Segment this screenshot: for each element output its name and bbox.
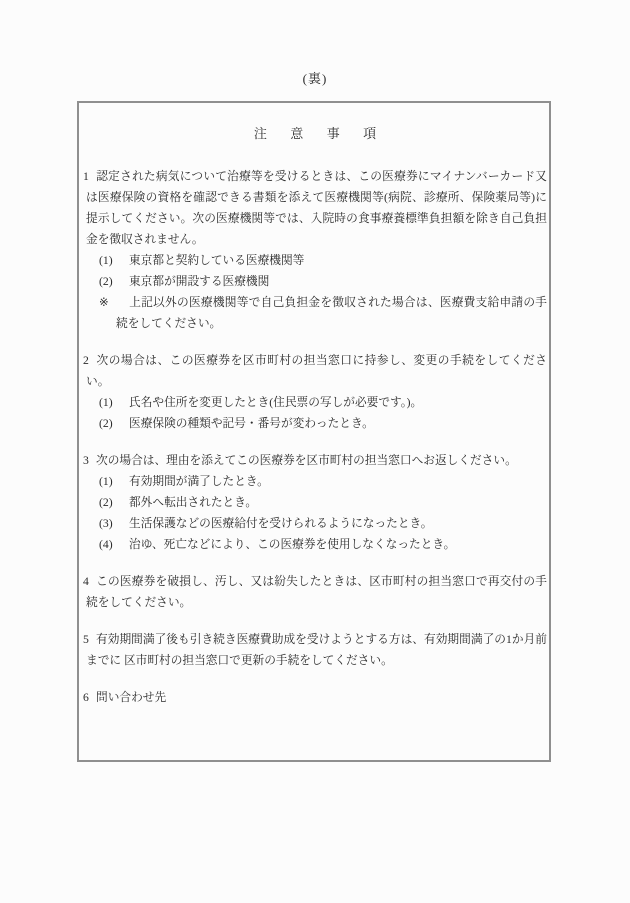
section-2: 2次の場合は、この医療券を区市町村の担当窓口に持参し、変更の手続をしてください。… xyxy=(83,350,547,434)
notice-box: 注意事項 1認定された病気について治療等を受けるときは、この医療券にマイナンバー… xyxy=(77,101,551,762)
section-5-text: 有効期間満了後も引き続き医療費助成を受けようとする方は、有効期間満了の1か月前ま… xyxy=(86,633,547,667)
section-5-paragraph: 5有効期間満了後も引き続き医療費助成を受けようとする方は、有効期間満了の1か月前… xyxy=(83,629,547,671)
section-3-subitem-2-marker: (2) xyxy=(99,492,129,513)
section-1-subitem-2-marker: (2) xyxy=(99,271,129,292)
section-1-note: ※上記以外の医療機関等で自己負担金を徴収された場合は、医療費支給申請の手続をして… xyxy=(83,292,547,334)
section-3: 3次の場合は、理由を添えてこの医療券を区市町村の担当窓口へお返しください。 (1… xyxy=(83,450,547,555)
section-2-number: 2 xyxy=(83,350,96,371)
page-side-label: (裏) xyxy=(0,70,630,88)
section-6-paragraph: 6問い合わせ先 xyxy=(83,687,547,708)
section-2-subitem-1-text: 氏名や住所を変更したとき(住民票の写しが必要です。)。 xyxy=(129,396,422,409)
section-1-subitem-2-text: 東京都が開設する医療機関 xyxy=(129,275,269,288)
section-3-paragraph: 3次の場合は、理由を添えてこの医療券を区市町村の担当窓口へお返しください。 xyxy=(83,450,547,471)
section-3-text: 次の場合は、理由を添えてこの医療券を区市町村の担当窓口へお返しください。 xyxy=(96,454,517,467)
section-4-text: この医療券を破損し、汚し、又は紛失したときは、区市町村の担当窓口で再交付の手続を… xyxy=(86,575,547,609)
section-2-subitem-1-marker: (1) xyxy=(99,392,129,413)
section-3-subitem-3-text: 生活保護などの医療給付を受けられるようになったとき。 xyxy=(129,517,432,530)
section-3-subitem-1-text: 有効期間が満了したとき。 xyxy=(129,475,269,488)
section-3-subitem-3: (3)生活保護などの医療給付を受けられるようになったとき。 xyxy=(83,513,547,534)
section-3-subitem-4-marker: (4) xyxy=(99,534,129,555)
section-1-subitem-1-marker: (1) xyxy=(99,250,129,271)
section-1-subitem-1-text: 東京都と契約している医療機関等 xyxy=(129,254,304,267)
section-3-subitem-2: (2)都外へ転出されたとき。 xyxy=(83,492,547,513)
section-1-subitem-1: (1)東京都と契約している医療機関等 xyxy=(83,250,547,271)
section-2-paragraph: 2次の場合は、この医療券を区市町村の担当窓口に持参し、変更の手続をしてください。 xyxy=(83,350,547,392)
section-2-subitem-2-marker: (2) xyxy=(99,413,129,434)
section-6-number: 6 xyxy=(83,687,96,708)
section-1-text: 認定された病気について治療等を受けるときは、この医療券にマイナンバーカード又は医… xyxy=(86,170,547,246)
section-2-text: 次の場合は、この医療券を区市町村の担当窓口に持参し、変更の手続をしてください。 xyxy=(86,354,547,388)
section-3-subitem-4: (4)治ゆ、死亡などにより、この医療券を使用しなくなったとき。 xyxy=(83,534,547,555)
section-4: 4この医療券を破損し、汚し、又は紛失したときは、区市町村の担当窓口で再交付の手続… xyxy=(83,571,547,613)
section-1-paragraph: 1認定された病気について治療等を受けるときは、この医療券にマイナンバーカード又は… xyxy=(83,166,547,250)
section-2-subitem-2: (2)医療保険の種類や記号・番号が変わったとき。 xyxy=(83,413,547,434)
document-page: (裏) 注意事項 1認定された病気について治療等を受けるときは、この医療券にマイ… xyxy=(0,0,630,903)
section-6-text: 問い合わせ先 xyxy=(96,691,166,704)
section-3-subitem-3-marker: (3) xyxy=(99,513,129,534)
section-1-note-text: 上記以外の医療機関等で自己負担金を徴収された場合は、医療費支給申請の手続をしてく… xyxy=(116,296,547,330)
section-1-number: 1 xyxy=(83,166,96,187)
section-3-subitem-1: (1)有効期間が満了したとき。 xyxy=(83,471,547,492)
section-4-paragraph: 4この医療券を破損し、汚し、又は紛失したときは、区市町村の担当窓口で再交付の手続… xyxy=(83,571,547,613)
section-3-subitem-1-marker: (1) xyxy=(99,471,129,492)
section-1-subitem-2: (2)東京都が開設する医療機関 xyxy=(83,271,547,292)
section-4-number: 4 xyxy=(83,571,96,592)
section-2-subitem-1: (1)氏名や住所を変更したとき(住民票の写しが必要です。)。 xyxy=(83,392,547,413)
section-1: 1認定された病気について治療等を受けるときは、この医療券にマイナンバーカード又は… xyxy=(83,166,547,334)
section-3-subitem-2-text: 都外へ転出されたとき。 xyxy=(129,496,257,509)
section-1-note-marker: ※ xyxy=(99,292,129,313)
section-3-subitem-4-text: 治ゆ、死亡などにより、この医療券を使用しなくなったとき。 xyxy=(129,538,455,551)
notice-title: 注意事項 xyxy=(83,123,547,144)
section-5: 5有効期間満了後も引き続き医療費助成を受けようとする方は、有効期間満了の1か月前… xyxy=(83,629,547,671)
section-3-number: 3 xyxy=(83,450,96,471)
section-6: 6問い合わせ先 xyxy=(83,687,547,708)
section-5-number: 5 xyxy=(83,629,96,650)
section-2-subitem-2-text: 医療保険の種類や記号・番号が変わったとき。 xyxy=(129,417,374,430)
